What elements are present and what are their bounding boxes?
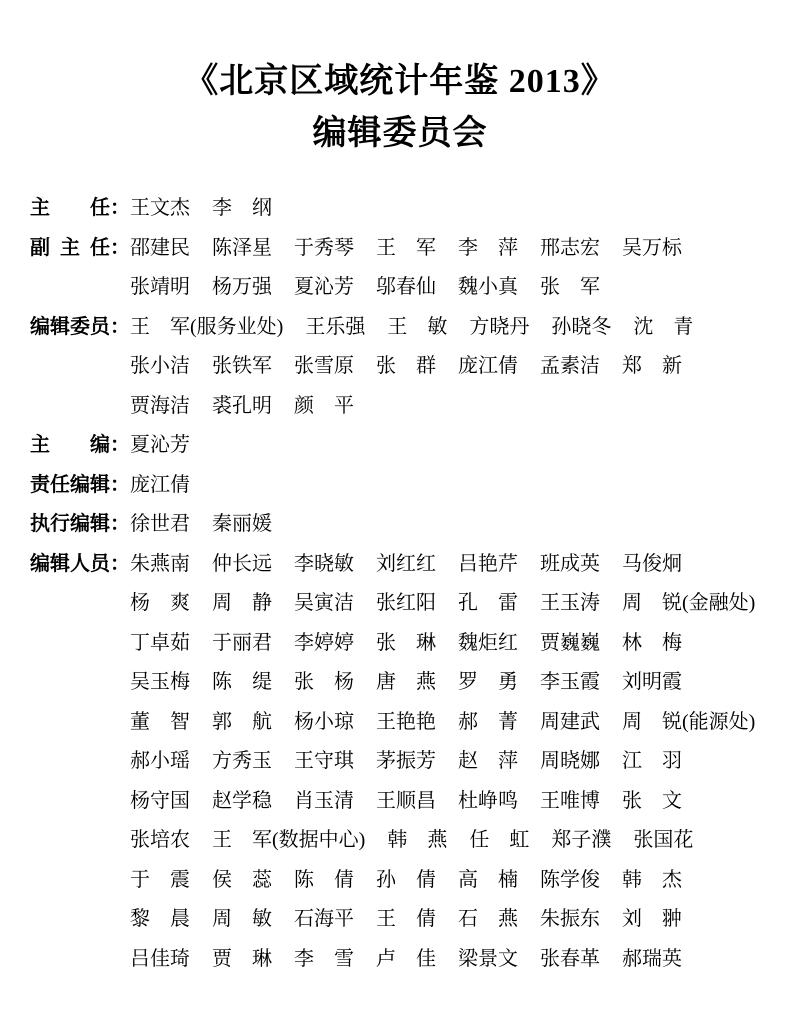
- member-name: 马俊炯: [622, 547, 682, 576]
- member-name: 林 梅: [622, 626, 682, 655]
- member-name: 张铁军: [212, 349, 272, 378]
- member-name: 李 雪: [294, 942, 354, 971]
- member-name: 秦丽媛: [212, 507, 272, 536]
- member-names: 张培农王 军(数据中心)韩 燕任 虹郑子濮张国花: [130, 823, 693, 852]
- committee-line: 责任编辑：庞江倩: [30, 463, 800, 503]
- member-name: 杨 爽: [130, 586, 190, 615]
- member-names: 董 智郭 航杨小琼王艳艳郝 菁周建武周 锐(能源处): [130, 705, 755, 734]
- member-names: 吴玉梅陈 缇张 杨唐 燕罗 勇李玉霞刘明霞: [130, 665, 682, 694]
- member-name: 周建武: [540, 705, 600, 734]
- member-name: 方秀玉: [212, 744, 272, 773]
- committee-line: 杨 爽周 静吴寅洁张红阳孔 雷王玉涛周 锐(金融处): [30, 581, 800, 621]
- member-name: 王乐强: [305, 310, 365, 339]
- member-name: 裘孔明: [212, 389, 272, 418]
- member-name: 孔 雷: [458, 586, 518, 615]
- member-name: 王 军(服务业处): [130, 310, 283, 339]
- committee-line: 张培农王 军(数据中心)韩 燕任 虹郑子濮张国花: [30, 818, 800, 858]
- member-name: 侯 蕊: [212, 863, 272, 892]
- yearbook-editorial-page: 《北京区域统计年鉴 2013》 编辑委员会 主 任：王文杰李 纲副 主 任：邵建…: [0, 0, 800, 1033]
- member-name: 王文杰: [130, 191, 190, 220]
- member-name: 刘 翀: [622, 902, 682, 931]
- committee-line: 贾海洁裘孔明颜 平: [30, 384, 800, 424]
- member-names: 吕佳琦贾 琳李 雪卢 佳梁景文张春革郝瑞英: [130, 942, 682, 971]
- member-name: 高 楠: [458, 863, 518, 892]
- committee-line: 杨守国赵学稳肖玉清王顺昌杜峥鸣王唯博张 文: [30, 779, 800, 819]
- member-name: 李晓敏: [294, 547, 354, 576]
- member-names: 杨守国赵学稳肖玉清王顺昌杜峥鸣王唯博张 文: [130, 784, 682, 813]
- member-name: 王顺昌: [376, 784, 436, 813]
- member-names: 王 军(服务业处)王乐强王 敏方晓丹孙晓冬沈 青: [130, 310, 693, 339]
- member-name: 王艳艳: [376, 705, 436, 734]
- member-name: 郑 新: [622, 349, 682, 378]
- member-name: 贾 琳: [212, 942, 272, 971]
- member-names: 朱燕南仲长远李晓敏刘红红吕艳芹班成英马俊炯: [130, 547, 682, 576]
- member-name: 仲长远: [212, 547, 272, 576]
- committee-line: 张小洁张铁军张雪原张 群庞江倩孟素洁郑 新: [30, 344, 800, 384]
- member-name: 王 军: [376, 231, 436, 260]
- member-name: 孙晓冬: [551, 310, 611, 339]
- committee-line: 黎 晨周 敏石海平王 倩石 燕朱振东刘 翀: [30, 897, 800, 937]
- committee-line: 主 任：王文杰李 纲: [30, 186, 800, 226]
- role-label: 责任编辑：: [30, 468, 130, 497]
- member-name: 邢志宏: [540, 231, 600, 260]
- member-name: 张 群: [376, 349, 436, 378]
- member-name: 方晓丹: [469, 310, 529, 339]
- member-name: 于 震: [130, 863, 190, 892]
- member-name: 郝瑞英: [622, 942, 682, 971]
- member-names: 黎 晨周 敏石海平王 倩石 燕朱振东刘 翀: [130, 902, 682, 931]
- member-name: 王 敏: [387, 310, 447, 339]
- page-title: 《北京区域统计年鉴 2013》 编辑委员会: [0, 0, 800, 160]
- member-name: 孙 倩: [376, 863, 436, 892]
- committee-line: 郝小瑶方秀玉王守琪茅振芳赵 萍周晓娜江 羽: [30, 739, 800, 779]
- member-name: 夏沁芳: [130, 428, 190, 457]
- member-name: 郑子濮: [551, 823, 611, 852]
- page-title-line1: 《北京区域统计年鉴 2013》: [0, 56, 800, 108]
- committee-line: 编辑人员：朱燕南仲长远李晓敏刘红红吕艳芹班成英马俊炯: [30, 542, 800, 582]
- member-name: 杜峥鸣: [458, 784, 518, 813]
- member-name: 王 倩: [376, 902, 436, 931]
- member-name: 陈泽星: [212, 231, 272, 260]
- member-name: 贾巍巍: [540, 626, 600, 655]
- member-name: 刘明霞: [622, 665, 682, 694]
- member-name: 庞江倩: [130, 468, 190, 497]
- member-name: 罗 勇: [458, 665, 518, 694]
- member-name: 张国花: [633, 823, 693, 852]
- member-name: 刘红红: [376, 547, 436, 576]
- member-name: 张 琳: [376, 626, 436, 655]
- member-name: 周晓娜: [540, 744, 600, 773]
- member-name: 李玉霞: [540, 665, 600, 694]
- member-name: 杨小琼: [294, 705, 354, 734]
- member-name: 韩 杰: [622, 863, 682, 892]
- member-name: 杨万强: [212, 270, 272, 299]
- member-name: 张 文: [622, 784, 682, 813]
- member-name: 茅振芳: [376, 744, 436, 773]
- member-name: 王唯博: [540, 784, 600, 813]
- member-name: 卢 佳: [376, 942, 436, 971]
- page-title-line2: 编辑委员会: [0, 108, 800, 160]
- committee-line: 副 主 任：邵建民陈泽星于秀琴王 军李 萍邢志宏吴万标: [30, 226, 800, 266]
- member-name: 张 杨: [294, 665, 354, 694]
- member-name: 韩 燕: [387, 823, 447, 852]
- member-name: 唐 燕: [376, 665, 436, 694]
- member-name: 赵学稳: [212, 784, 272, 813]
- member-name: 张 军: [540, 270, 600, 299]
- member-name: 杨守国: [130, 784, 190, 813]
- role-label: 主 编：: [30, 428, 130, 457]
- member-name: 江 羽: [622, 744, 682, 773]
- member-name: 周 静: [212, 586, 272, 615]
- member-names: 于 震侯 蕊陈 倩孙 倩高 楠陈学俊韩 杰: [130, 863, 682, 892]
- committee-line: 编辑委员：王 军(服务业处)王乐强王 敏方晓丹孙晓冬沈 青: [30, 305, 800, 345]
- member-name: 李 萍: [458, 231, 518, 260]
- member-name: 吴万标: [622, 231, 682, 260]
- committee-line: 董 智郭 航杨小琼王艳艳郝 菁周建武周 锐(能源处): [30, 700, 800, 740]
- member-name: 董 智: [130, 705, 190, 734]
- committee-line: 主 编：夏沁芳: [30, 423, 800, 463]
- member-name: 张培农: [130, 823, 190, 852]
- member-name: 张雪原: [294, 349, 354, 378]
- member-name: 郝小瑶: [130, 744, 190, 773]
- member-name: 郝 菁: [458, 705, 518, 734]
- member-name: 黎 晨: [130, 902, 190, 931]
- member-name: 周 敏: [212, 902, 272, 931]
- member-name: 赵 萍: [458, 744, 518, 773]
- member-name: 任 虹: [469, 823, 529, 852]
- member-name: 吴寅洁: [294, 586, 354, 615]
- committee-line: 于 震侯 蕊陈 倩孙 倩高 楠陈学俊韩 杰: [30, 858, 800, 898]
- member-name: 张小洁: [130, 349, 190, 378]
- member-name: 贾海洁: [130, 389, 190, 418]
- member-name: 陈学俊: [540, 863, 600, 892]
- member-name: 周 锐(能源处): [622, 705, 755, 734]
- member-names: 贾海洁裘孔明颜 平: [130, 389, 354, 418]
- member-name: 于秀琴: [294, 231, 354, 260]
- member-name: 于丽君: [212, 626, 272, 655]
- member-names: 王文杰李 纲: [130, 191, 272, 220]
- member-name: 魏小真: [458, 270, 518, 299]
- member-name: 班成英: [540, 547, 600, 576]
- member-name: 朱燕南: [130, 547, 190, 576]
- member-name: 陈 缇: [212, 665, 272, 694]
- member-name: 庞江倩: [458, 349, 518, 378]
- committee-line: 张靖明杨万强夏沁芳邬春仙魏小真张 军: [30, 265, 800, 305]
- member-names: 张小洁张铁军张雪原张 群庞江倩孟素洁郑 新: [130, 349, 682, 378]
- member-name: 王玉涛: [540, 586, 600, 615]
- member-name: 吕艳芹: [458, 547, 518, 576]
- member-names: 庞江倩: [130, 468, 190, 497]
- member-name: 李婷婷: [294, 626, 354, 655]
- member-name: 郭 航: [212, 705, 272, 734]
- member-name: 张春革: [540, 942, 600, 971]
- member-name: 邵建民: [130, 231, 190, 260]
- committee-line: 丁卓茹于丽君李婷婷张 琳魏炬红贾巍巍林 梅: [30, 621, 800, 661]
- role-label: 主 任：: [30, 191, 130, 220]
- committee-line: 吴玉梅陈 缇张 杨唐 燕罗 勇李玉霞刘明霞: [30, 660, 800, 700]
- member-names: 邵建民陈泽星于秀琴王 军李 萍邢志宏吴万标: [130, 231, 682, 260]
- member-name: 石 燕: [458, 902, 518, 931]
- member-names: 夏沁芳: [130, 428, 190, 457]
- member-name: 陈 倩: [294, 863, 354, 892]
- member-name: 魏炬红: [458, 626, 518, 655]
- member-name: 肖玉清: [294, 784, 354, 813]
- member-name: 徐世君: [130, 507, 190, 536]
- role-label: 副 主 任：: [30, 231, 130, 260]
- member-name: 李 纲: [212, 191, 272, 220]
- member-name: 张靖明: [130, 270, 190, 299]
- committee-list: 主 任：王文杰李 纲副 主 任：邵建民陈泽星于秀琴王 军李 萍邢志宏吴万标张靖明…: [0, 186, 800, 976]
- member-names: 张靖明杨万强夏沁芳邬春仙魏小真张 军: [130, 270, 600, 299]
- role-label: 编辑委员：: [30, 310, 130, 339]
- member-name: 王守琪: [294, 744, 354, 773]
- role-label: 编辑人员：: [30, 547, 130, 576]
- member-name: 梁景文: [458, 942, 518, 971]
- member-names: 杨 爽周 静吴寅洁张红阳孔 雷王玉涛周 锐(金融处): [130, 586, 755, 615]
- member-names: 丁卓茹于丽君李婷婷张 琳魏炬红贾巍巍林 梅: [130, 626, 682, 655]
- member-name: 朱振东: [540, 902, 600, 931]
- member-name: 王 军(数据中心): [212, 823, 365, 852]
- role-label: 执行编辑：: [30, 507, 130, 536]
- member-name: 孟素洁: [540, 349, 600, 378]
- member-name: 吴玉梅: [130, 665, 190, 694]
- member-name: 石海平: [294, 902, 354, 931]
- member-names: 徐世君秦丽媛: [130, 507, 272, 536]
- committee-line: 执行编辑：徐世君秦丽媛: [30, 502, 800, 542]
- member-name: 邬春仙: [376, 270, 436, 299]
- member-names: 郝小瑶方秀玉王守琪茅振芳赵 萍周晓娜江 羽: [130, 744, 682, 773]
- member-name: 夏沁芳: [294, 270, 354, 299]
- member-name: 吕佳琦: [130, 942, 190, 971]
- member-name: 周 锐(金融处): [622, 586, 755, 615]
- member-name: 沈 青: [633, 310, 693, 339]
- member-name: 丁卓茹: [130, 626, 190, 655]
- committee-line: 吕佳琦贾 琳李 雪卢 佳梁景文张春革郝瑞英: [30, 937, 800, 977]
- member-name: 颜 平: [294, 389, 354, 418]
- member-name: 张红阳: [376, 586, 436, 615]
